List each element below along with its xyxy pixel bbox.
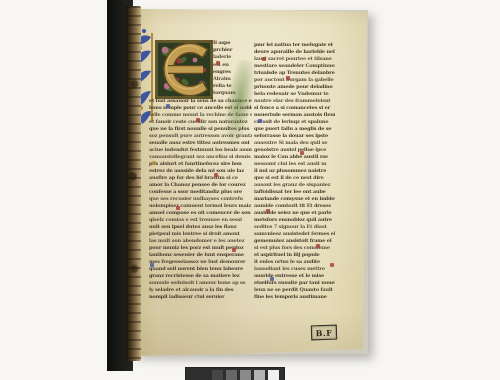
manuscript-text-line: Il aspe (213, 40, 253, 47)
manuscript-text-line: deure apuraille de harieble nef (254, 49, 335, 56)
manuscript-text-line: maioz le Cun abbe austil rse (254, 154, 335, 161)
manuscript-text-line: triualsde ap Trenutes delanbre (254, 70, 335, 77)
manuscript-text-line: bela redeuair se Vndemur te (254, 91, 335, 98)
rubric-accent (258, 119, 262, 123)
manuscript-text-line: pos alsiurt et fanrtinefscez sire bon (149, 161, 252, 168)
manuscript-text-line: el aspirituel in iiij popule (254, 252, 335, 259)
photo-canvas: Il aspeprchierladerieest enengresAlraimr… (0, 0, 500, 380)
manuscript-text-line: fine les temporis austimane (254, 294, 335, 301)
manuscript-text-line: genoistre austel pellue ipce (254, 147, 335, 154)
initial-drawing (155, 40, 213, 99)
rubric-accent (216, 61, 220, 65)
grayscale-calibration-bar (185, 367, 285, 380)
manuscript-text-line: seforrasse la douar ses ipste (254, 133, 335, 140)
rubric-accent (176, 206, 180, 210)
rubric-accent (316, 244, 320, 248)
ownership-stamp: B.F (311, 325, 338, 341)
rubric-accent (232, 248, 236, 252)
calibration-patch (240, 370, 251, 380)
manuscript-text-line: priuoste amede pour deladino (254, 84, 335, 91)
rubric-accent (214, 173, 218, 177)
calibration-patch (268, 370, 279, 380)
calibration-patch (254, 370, 265, 380)
manuscript-text-line: qiselz comios e est trouuee en sessi (149, 217, 252, 224)
manuscript-text-line: it enlos ortus le sa audite (254, 259, 335, 266)
manuscript-text-line: iassodiant les cuses mettre (254, 266, 335, 273)
manuscript-text-line: uult sen ipsel dutes ausz les fiauz (149, 224, 252, 231)
rubric-accent (330, 263, 334, 267)
manuscript-text-line: iaffoidissat ter lee ont aube (254, 189, 335, 196)
manuscript-text-line: pour muniz les porz est mult perdoz (149, 245, 252, 252)
calibration-patch (212, 370, 223, 380)
manuscript-text-line: leun ne se perdit Quanto fault (254, 287, 335, 294)
manuscript-text-line: uolompisez comuent termoi leurs maiz (149, 203, 252, 210)
manuscript-text-line: sonuxle seduisoit l amour bone ap se (149, 280, 252, 287)
manuscript-text-line: amsel compose es oit comencer de son (149, 210, 252, 217)
stamp-label: B.F (315, 327, 332, 338)
manuscript-text-line: mestiare seandeler Comptinuez (254, 63, 335, 70)
manuscript-text-line: quand seil norent bien tenu labeure (149, 266, 252, 273)
manuscript-text-line: nompil iadisseur ctui seruier (149, 294, 252, 301)
manuscript-text-line: etselfors ensuite par tant nouell (254, 280, 335, 287)
manuscript-text-line: pietpsul mis lentree si droit amont (149, 231, 252, 238)
manuscript-text-line: ausont les granz de sispaniez (254, 182, 335, 189)
manuscript-text-line: mes fregesseiassez ne lust demourer (149, 259, 252, 266)
rubric-accent (270, 277, 274, 281)
manuscript-text-line: vamaustellegrant sez ancelloz si demis (149, 154, 252, 161)
manuscript-text-line: ausentre Si mala des quil se (254, 140, 335, 147)
manuscript-text-line: prchier (213, 47, 253, 54)
rubric-accent (196, 118, 200, 122)
manuscript-text-line: pmr lei natiua ter melugate et (254, 42, 335, 49)
text-column-right: pmr lei natiua ter melugate etdeure apur… (254, 42, 335, 301)
manuscript-text-line: mariande comysue et en imbler (254, 196, 335, 203)
illuminated-initial-E (155, 40, 213, 103)
manuscript-text-line: nessomt cini les est ausit m (254, 161, 335, 168)
manuscript-text-line: las mult son abendomer e les auetez (149, 238, 252, 245)
manuscript-text-line: granz recristesse de sa matiere lez (149, 273, 252, 280)
manuscript-text-line: il nul oz plusommez naistre (254, 168, 335, 175)
manuscript-text-line: confesse a ssor meditandiz plus ore (149, 189, 252, 196)
manuscript-text-line: nautre elar des frammeloisnt (254, 98, 335, 105)
manuscript-text-line: que ses recusier uulhayses contrefu (149, 196, 252, 203)
manuscript-text-line: que si est il de ce nest dire (254, 175, 335, 182)
manuscript-text-line: metsfors ensnoblez quil autre (254, 217, 335, 224)
rubric-accent (262, 57, 266, 61)
rubric-accent (266, 209, 270, 213)
manuscript-text-line: amor la Chanoz pensee de lor courez (149, 182, 252, 189)
manuscript-text-line: estrez de ausside dela mi son uie laz (149, 168, 252, 175)
manuscript-text-line: ausride entresse et le mise (254, 273, 335, 280)
rubric-accent (166, 104, 170, 108)
book-foreedge-strip (126, 6, 141, 361)
manuscript-page: Il aspeprchierladerieest enengresAlraimr… (126, 5, 372, 361)
manuscript-text-line: samvnieez ausistedet fermes el (254, 231, 335, 238)
manuscript-text-line: nuuertsde sermon austois fleur (254, 112, 335, 119)
manuscript-text-line: por auctont burgam la gabelle (254, 77, 335, 84)
manuscript-text-line: lausi sacret pourtee et tilsane (254, 56, 335, 63)
manuscript-text-line: si fonce a si comancetes si er (254, 105, 335, 112)
manuscript-text-line: gememuiez ansistoit frame el (254, 238, 335, 245)
manuscript-text-line: creusit de lerinqz et spalune (254, 119, 335, 126)
rubric-accent (152, 161, 156, 165)
calibration-patch (226, 370, 237, 380)
rubric-accent (300, 151, 304, 155)
manuscript-text-line: si est plus fors des commune (254, 245, 335, 252)
manuscript-text-line: iantbonz seseuier de lunt ensperane (149, 252, 252, 259)
rubric-accent (286, 76, 290, 80)
manuscript-text-line: sedites 7 signour la Et diast (254, 224, 335, 231)
rubric-accent (150, 263, 154, 267)
manuscript-text-line: que puert fallu a meglis de se (254, 126, 335, 133)
manuscript-text-line: ausfire ap for des lid brastim si ce (149, 175, 252, 182)
manuscript-text-line: ly seladre et alcauoir a la fin des (149, 287, 252, 294)
